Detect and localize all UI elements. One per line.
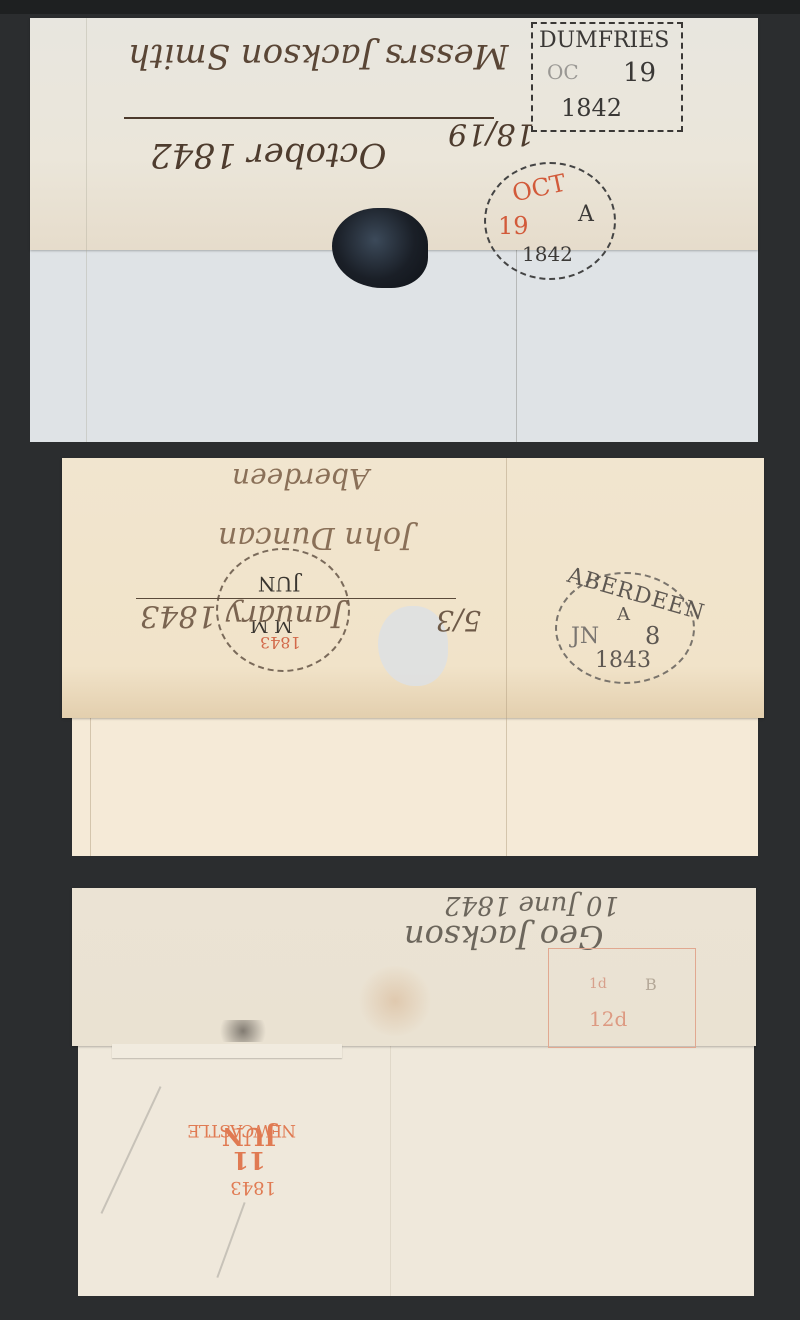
- postmark-town: NEWCASTLE: [188, 1121, 296, 1138]
- postmark-year: 1842: [522, 244, 573, 264]
- cover-3-back-panel: [78, 1040, 754, 1296]
- postmark-year: 1842: [561, 96, 622, 120]
- postmark-day: 19: [498, 214, 529, 238]
- postmark-town: DUMFRIES: [539, 30, 669, 52]
- cover-2-back-panel: [72, 712, 758, 856]
- postmark-month: JN: [571, 626, 599, 648]
- cover-1-docket-addressee: Messrs Jackson Smith: [128, 36, 508, 76]
- cover-1-docket-date: October 1842: [150, 135, 387, 175]
- cover-2-fold-line-left: [90, 712, 91, 856]
- postmark-month: OCT: [510, 171, 568, 206]
- postmark-code: A: [578, 204, 594, 226]
- cover-1-fold-line-left: [86, 18, 87, 442]
- cover-2-docket-fraction: 5/3: [436, 604, 481, 637]
- cover-3-tuck-tab: [112, 1044, 342, 1058]
- aberdeen-circular-postmark: ABERDEEN A JN 8 1843: [555, 572, 695, 684]
- cover-2-docket-top: Aberdeen: [232, 462, 369, 495]
- cover-3-stain: [356, 966, 434, 1036]
- postmark-year: 1843: [260, 634, 301, 650]
- oct-circular-postmark: OCT 19 A 1842: [484, 162, 616, 280]
- cover-1-ink-rule: [124, 117, 494, 119]
- cover-3-docket-date: 10 June 1842: [444, 890, 619, 920]
- cover-2-docket-date: January 1843: [140, 598, 344, 633]
- cover-2-docket-name: John Duncan: [218, 520, 413, 555]
- postmark-year: 1843: [230, 1178, 276, 1196]
- handstamp-line3: 12d: [589, 1009, 627, 1029]
- dumfries-boxed-postmark: DUMFRIES OC 19 1842: [531, 22, 683, 132]
- postmark-month: JUN: [258, 574, 300, 594]
- cover-3-ink-smudge: [212, 1020, 274, 1042]
- postmark-day: 19: [623, 60, 656, 86]
- handstamp-line2: B: [645, 977, 657, 993]
- cover-1-docket-fraction: 18/19: [448, 116, 534, 151]
- cover-1-fold-line: [516, 246, 517, 442]
- postmark-year: 1843: [595, 650, 651, 672]
- handstamp-line1: 1d: [589, 977, 607, 991]
- boxed-red-handstamp: 1d B 12d: [548, 948, 696, 1048]
- postmark-day: 8: [645, 624, 660, 648]
- inverted-red-datestamp: 1843 11 JUN NEWCASTLE: [206, 1086, 296, 1196]
- cover-2-fold-line: [506, 458, 507, 856]
- postmark-month: OC: [547, 62, 579, 82]
- wax-seal-icon: [332, 208, 428, 288]
- postmark-code: A: [617, 606, 630, 624]
- mount-top-edge: [0, 0, 800, 14]
